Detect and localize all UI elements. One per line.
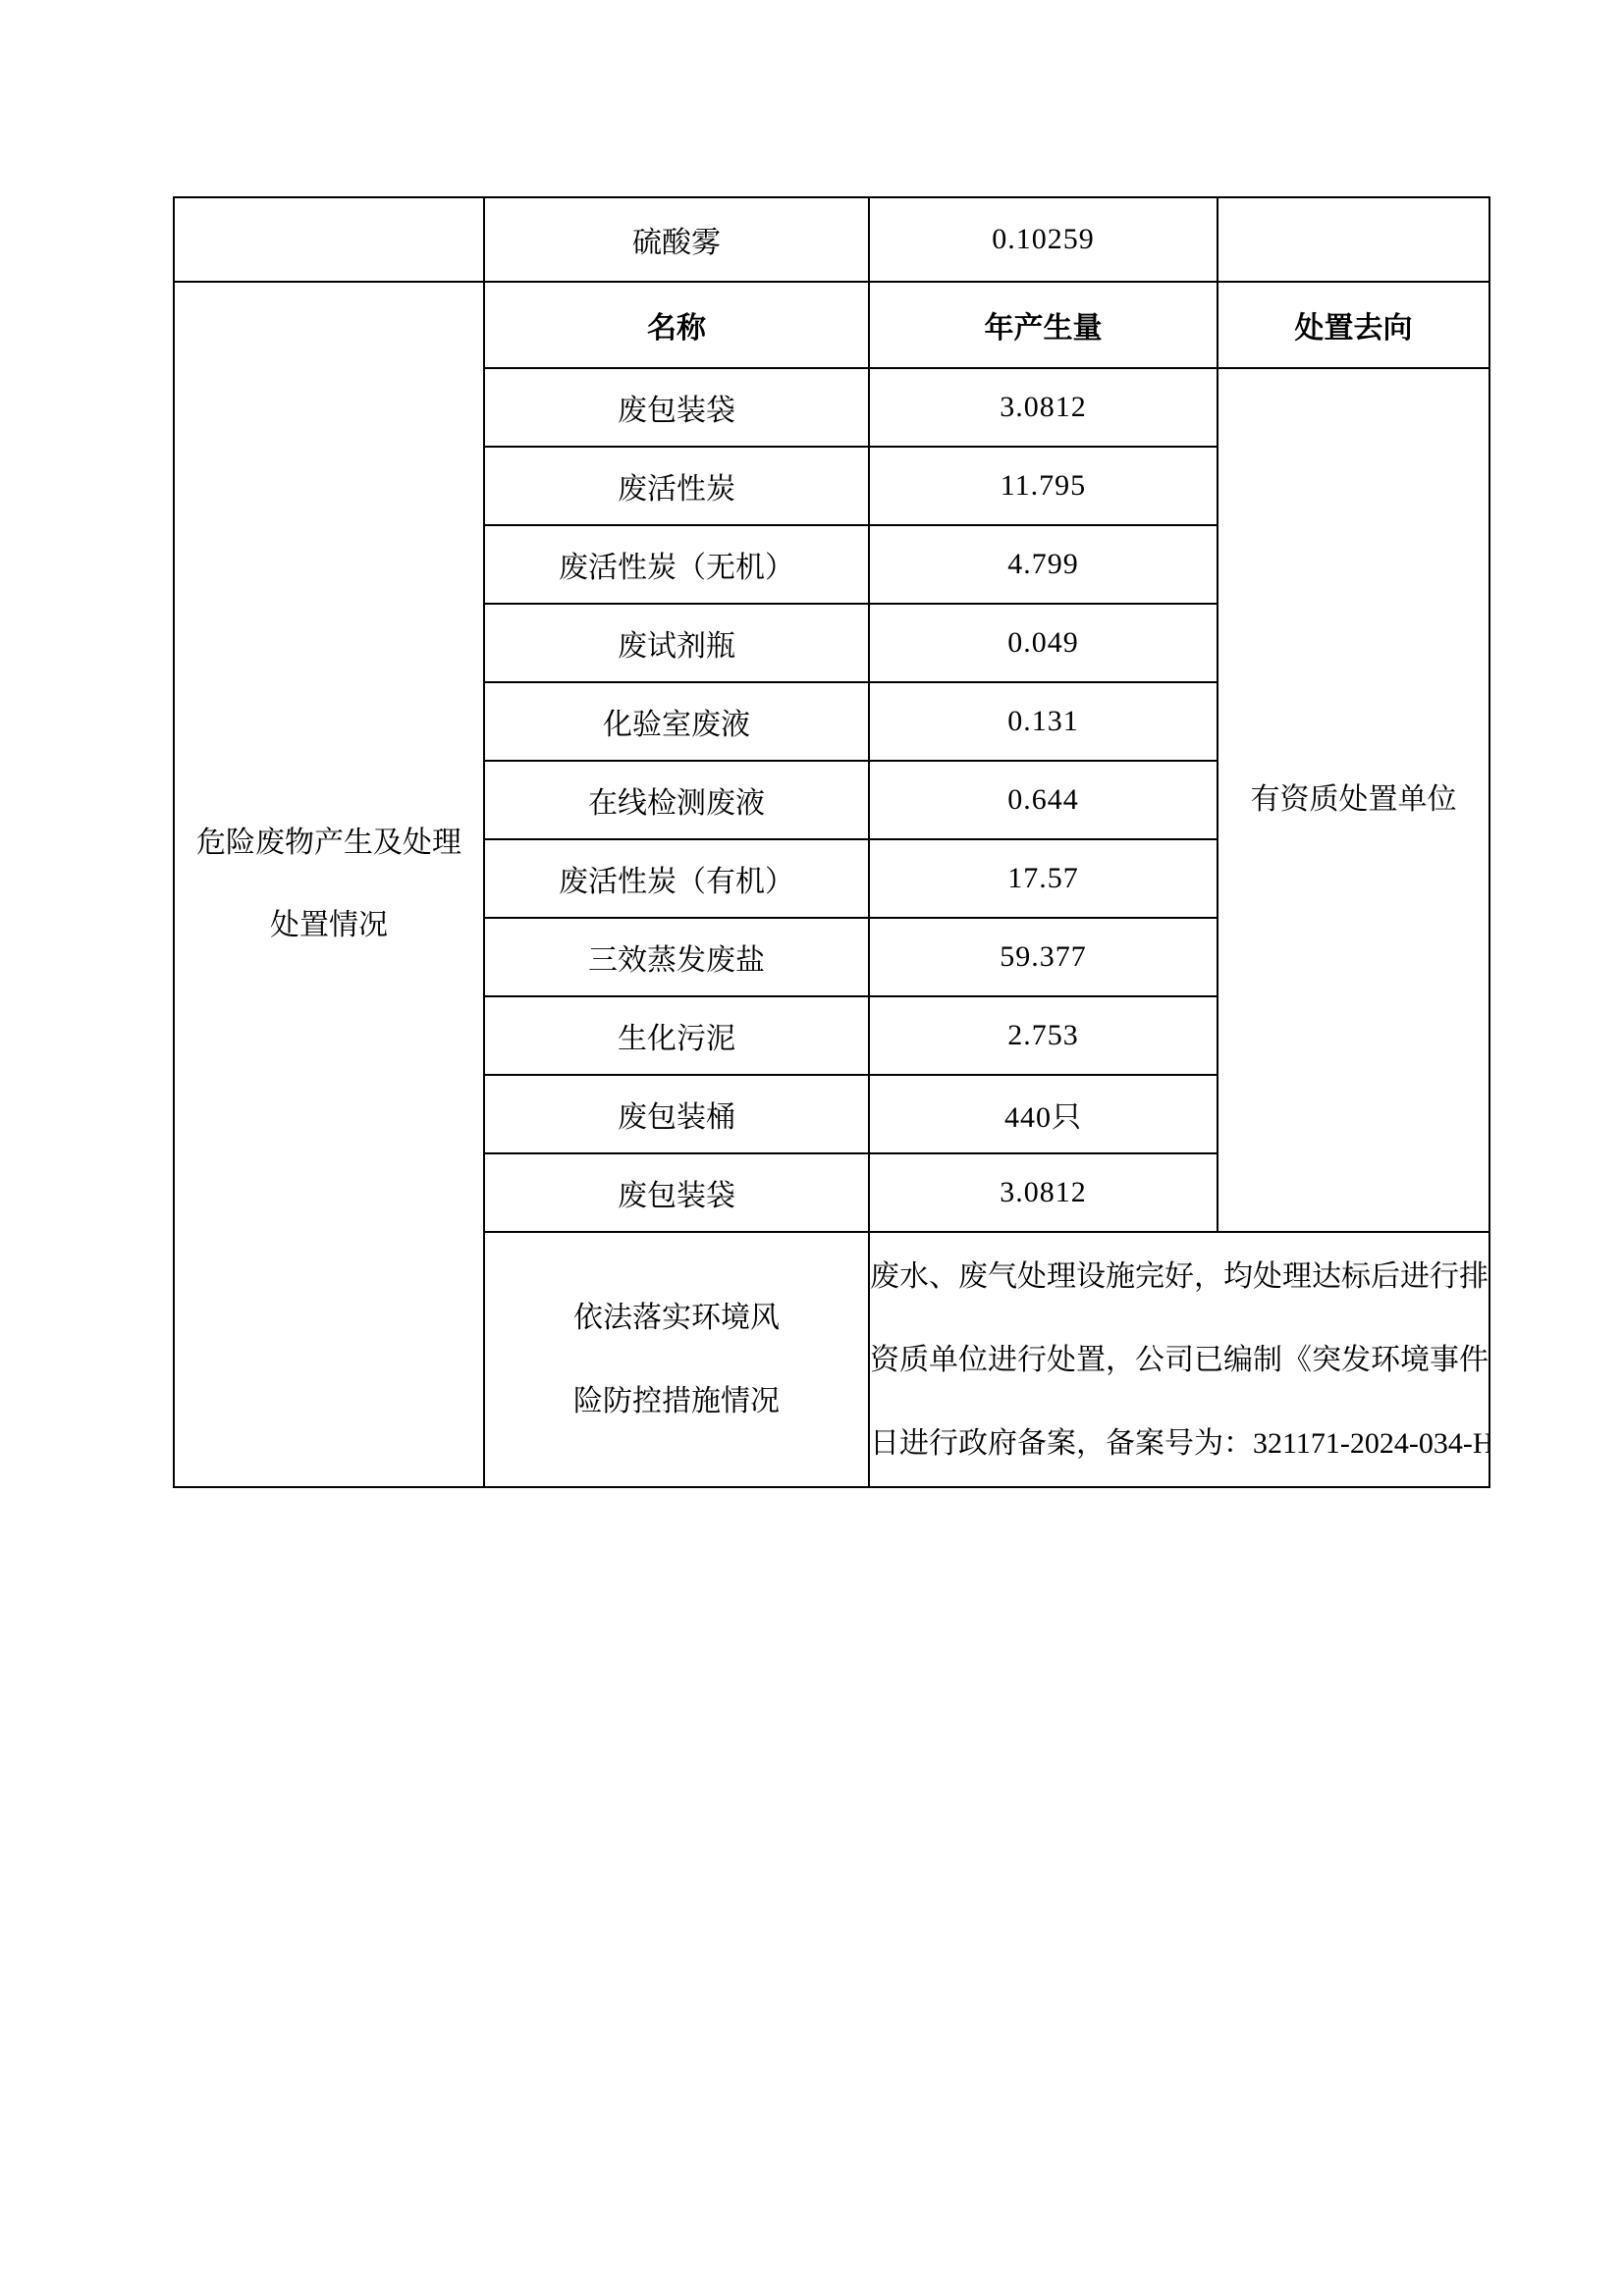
section-label-risk-prevention: 依法落实环境风 险防控措施情况 — [484, 1232, 869, 1487]
column-header-annual-output: 年产生量 — [869, 282, 1218, 368]
waste-value-cell: 3.0812 — [869, 1153, 1218, 1232]
waste-name-cell: 废包装袋 — [484, 368, 869, 447]
waste-value-cell: 3.0812 — [869, 368, 1218, 447]
waste-name-cell: 废包装袋 — [484, 1153, 869, 1232]
disposal-destination-cell: 有资质处置单位 — [1218, 368, 1489, 1232]
section-label-hazardous-waste: 危险废物产生及处理 处置情况 — [174, 282, 484, 1487]
column-header-name: 名称 — [484, 282, 869, 368]
table-header-row: 危险废物产生及处理 处置情况 名称 年产生量 处置去向 — [174, 282, 1489, 368]
waste-name-cell: 化验室废液 — [484, 682, 869, 761]
column-header-disposal: 处置去向 — [1218, 282, 1489, 368]
waste-value-cell: 11.795 — [869, 447, 1218, 525]
table-row-sulfuric-acid-mist: 硫酸雾 0.10259 — [174, 197, 1489, 282]
waste-name-cell: 生化污泥 — [484, 996, 869, 1075]
waste-value-cell: 17.57 — [869, 839, 1218, 918]
empty-cell — [174, 197, 484, 282]
pollutant-name-cell: 硫酸雾 — [484, 197, 869, 282]
waste-name-cell: 在线检测废液 — [484, 761, 869, 839]
pollutant-value-cell: 0.10259 — [869, 197, 1218, 282]
waste-value-cell: 59.377 — [869, 918, 1218, 996]
waste-value-cell: 440只 — [869, 1075, 1218, 1153]
waste-value-cell: 0.644 — [869, 761, 1218, 839]
empty-cell — [1218, 197, 1489, 282]
waste-value-cell: 0.131 — [869, 682, 1218, 761]
waste-value-cell: 2.753 — [869, 996, 1218, 1075]
environmental-disclosure-table: 硫酸雾 0.10259 危险废物产生及处理 处置情况 名称 年产生量 处置去向 … — [173, 196, 1490, 1488]
risk-measures-paragraph: 废水、废气处理设施完好，均处理达标后进行排放，一般固废、危废均委托有 资质单位进… — [869, 1232, 1489, 1487]
waste-name-cell: 废试剂瓶 — [484, 604, 869, 682]
waste-value-cell: 4.799 — [869, 525, 1218, 604]
waste-name-cell: 废活性炭 — [484, 447, 869, 525]
waste-value-cell: 0.049 — [869, 604, 1218, 682]
document-page: 硫酸雾 0.10259 危险废物产生及处理 处置情况 名称 年产生量 处置去向 … — [0, 0, 1624, 2296]
waste-name-cell: 废包装桶 — [484, 1075, 869, 1153]
waste-name-cell: 废活性炭（有机） — [484, 839, 869, 918]
waste-name-cell: 三效蒸发废盐 — [484, 918, 869, 996]
waste-name-cell: 废活性炭（无机） — [484, 525, 869, 604]
